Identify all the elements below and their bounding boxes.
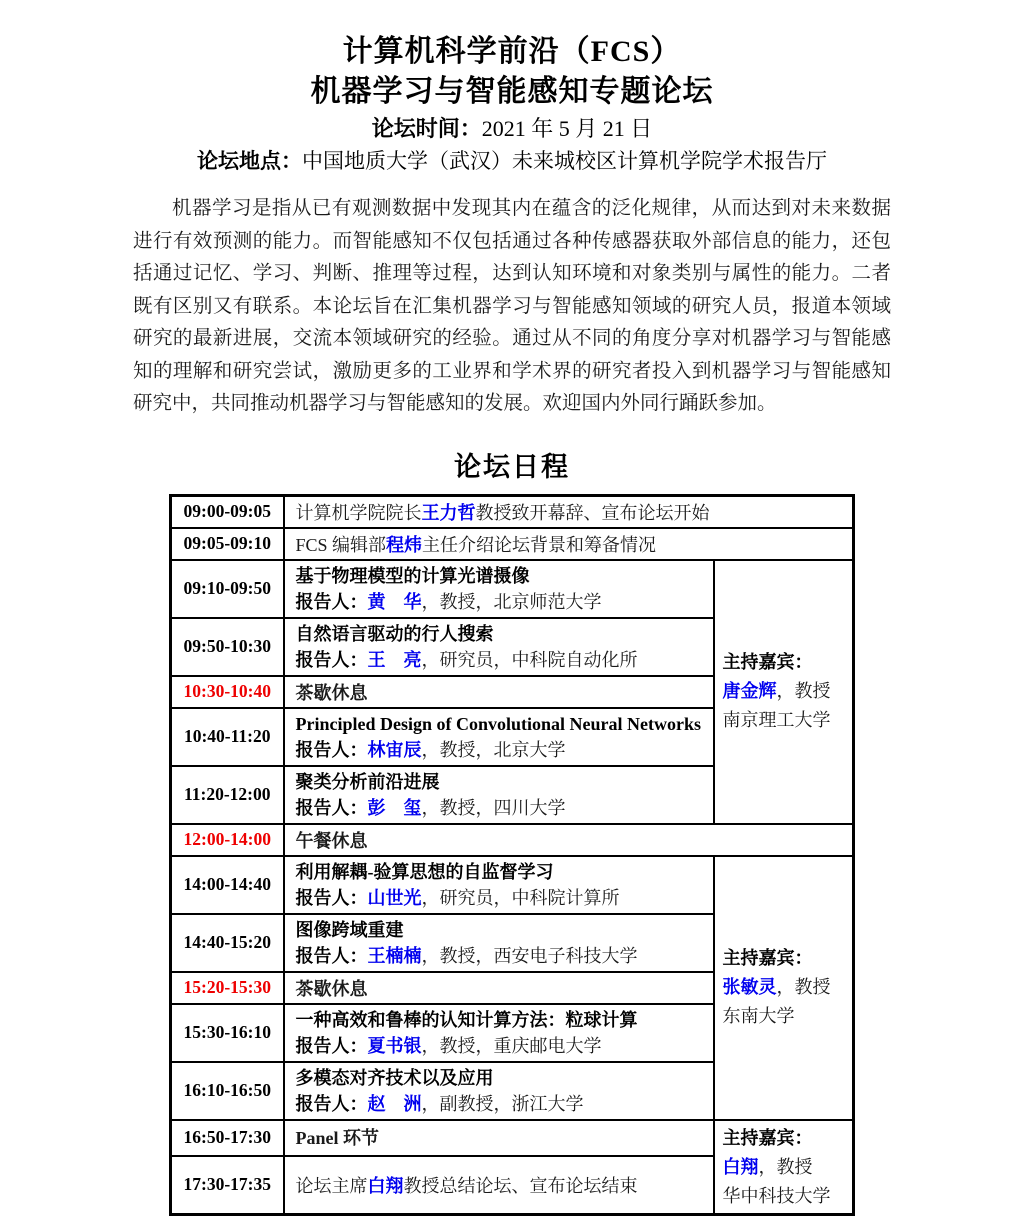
time-cell: 14:40-15:20 [171, 914, 284, 972]
event-cell: 计算机学院院长王力哲教授致开幕辞、宣布论坛开始 [284, 495, 854, 528]
page-title-line1: 计算机科学前沿（FCS） [0, 32, 1024, 72]
event-text-post: 教授致开幕辞、宣布论坛开始 [476, 503, 710, 523]
speaker-detail: ，副教授，浙江大学 [422, 1094, 584, 1114]
lunch-cell: 午餐休息 [284, 824, 854, 856]
time-cell: 09:00-09:05 [171, 495, 284, 528]
host-affiliation: 东南大学 [723, 1002, 845, 1031]
talk-title: 聚类分析前沿进展 [296, 769, 702, 795]
person-name: 王力哲 [422, 503, 476, 523]
schedule-table: 09:00-09:05 计算机学院院长王力哲教授致开幕辞、宣布论坛开始 09:0… [169, 494, 855, 1216]
speaker-name: 林宙辰 [368, 740, 422, 760]
speaker-detail: ，教授，北京师范大学 [422, 592, 602, 612]
event-text-pre: 计算机学院院长 [296, 503, 422, 523]
time-cell: 14:00-14:40 [171, 856, 284, 914]
talk-cell: 图像跨域重建 报告人：王楠楠，教授，西安电子科技大学 [284, 914, 714, 972]
page-title-line2: 机器学习与智能感知专题论坛 [0, 72, 1024, 112]
talk-title: 多模态对齐技术以及应用 [296, 1065, 702, 1091]
speaker-detail: ，教授，北京大学 [422, 740, 566, 760]
document-page: 计算机科学前沿（FCS） 机器学习与智能感知专题论坛 论坛时间：2021 年 5… [0, 0, 1024, 1216]
time-cell: 11:20-12:00 [171, 766, 284, 824]
schedule-row-talk: 14:00-14:40 利用解耦-验算思想的自监督学习 报告人：山世光，研究员，… [171, 856, 854, 914]
talk-title: Principled Design of Convolutional Neura… [296, 711, 702, 737]
speaker-detail: ，研究员，中科院计算所 [422, 888, 620, 908]
speaker-detail: ，教授，四川大学 [422, 798, 566, 818]
speaker-label: 报告人： [296, 740, 368, 760]
speaker-label: 报告人： [296, 1036, 368, 1056]
schedule-row-panel: 16:50-17:30 Panel 环节 主持嘉宾： 白翔，教授 华中科技大学 [171, 1120, 854, 1157]
speaker-detail: ，研究员，中科院自动化所 [422, 650, 638, 670]
host-title: ，教授 [759, 1157, 813, 1177]
speaker-name: 王楠楠 [368, 946, 422, 966]
talk-title: 利用解耦-验算思想的自监督学习 [296, 859, 702, 885]
panel-cell: Panel 环节 [284, 1120, 714, 1157]
host-label: 主持嘉宾： [723, 944, 845, 973]
event-text-pre: FCS 编辑部 [296, 535, 387, 555]
speaker-label: 报告人： [296, 1094, 368, 1114]
time-cell: 17:30-17:35 [171, 1156, 284, 1214]
time-cell: 15:20-15:30 [171, 972, 284, 1004]
speaker-label: 报告人： [296, 592, 368, 612]
speaker-detail: ，教授，重庆邮电大学 [422, 1036, 602, 1056]
talk-title: 一种高效和鲁棒的认知计算方法：粒球计算 [296, 1007, 702, 1033]
speaker-name: 山世光 [368, 888, 422, 908]
speaker-label: 报告人： [296, 888, 368, 908]
event-cell: 论坛主席白翔教授总结论坛、宣布论坛结束 [284, 1156, 714, 1214]
break-cell: 茶歇休息 [284, 972, 714, 1004]
event-text-post: 主任介绍论坛背景和筹备情况 [422, 535, 656, 555]
host-cell-closing: 主持嘉宾： 白翔，教授 华中科技大学 [714, 1120, 854, 1215]
forum-time-label: 论坛时间： [372, 116, 482, 141]
time-cell: 10:40-11:20 [171, 708, 284, 766]
talk-cell: 基于物理模型的计算光谱摄像 报告人：黄 华，教授，北京师范大学 [284, 560, 714, 618]
talk-title: 自然语言驱动的行人搜索 [296, 621, 702, 647]
speaker-name: 夏书银 [368, 1036, 422, 1056]
host-title: ，教授 [777, 977, 831, 997]
speaker-name: 黄 华 [368, 592, 422, 612]
schedule-heading: 论坛日程 [0, 445, 1024, 484]
schedule-row-talk: 09:10-09:50 基于物理模型的计算光谱摄像 报告人：黄 华，教授，北京师… [171, 560, 854, 618]
event-cell: FCS 编辑部程炜主任介绍论坛背景和筹备情况 [284, 528, 854, 560]
break-cell: 茶歇休息 [284, 676, 714, 708]
time-cell: 16:50-17:30 [171, 1120, 284, 1157]
host-title: ，教授 [777, 681, 831, 701]
forum-time-value: 2021 年 5 月 21 日 [482, 116, 653, 141]
time-cell: 16:10-16:50 [171, 1062, 284, 1120]
person-name: 白翔 [368, 1176, 404, 1196]
time-cell: 09:10-09:50 [171, 560, 284, 618]
talk-cell: 一种高效和鲁棒的认知计算方法：粒球计算 报告人：夏书银，教授，重庆邮电大学 [284, 1004, 714, 1062]
intro-paragraph: 机器学习是指从已有观测数据中发现其内在蕴含的泛化规律，从而达到对未来数据进行有效… [133, 193, 891, 421]
time-cell: 15:30-16:10 [171, 1004, 284, 1062]
forum-venue-value: 中国地质大学（武汉）未来城校区计算机学院学术报告厅 [302, 149, 827, 173]
schedule-row-lunch: 12:00-14:00 午餐休息 [171, 824, 854, 856]
host-name: 白翔 [723, 1157, 759, 1177]
event-text-pre: 论坛主席 [296, 1176, 368, 1196]
speaker-detail: ，教授，西安电子科技大学 [422, 946, 638, 966]
forum-time-line: 论坛时间：2021 年 5 月 21 日 [0, 114, 1024, 144]
speaker-name: 彭 玺 [368, 798, 422, 818]
forum-venue-line: 论坛地点：中国地质大学（武汉）未来城校区计算机学院学术报告厅 [0, 146, 1024, 176]
talk-cell: 聚类分析前沿进展 报告人：彭 玺，教授，四川大学 [284, 766, 714, 824]
speaker-label: 报告人： [296, 798, 368, 818]
time-cell: 09:05-09:10 [171, 528, 284, 560]
host-affiliation: 南京理工大学 [723, 706, 845, 735]
talk-cell: 利用解耦-验算思想的自监督学习 报告人：山世光，研究员，中科院计算所 [284, 856, 714, 914]
event-text-post: 教授总结论坛、宣布论坛结束 [404, 1176, 638, 1196]
talk-cell: Principled Design of Convolutional Neura… [284, 708, 714, 766]
host-cell-morning: 主持嘉宾： 唐金辉，教授 南京理工大学 [714, 560, 854, 824]
speaker-name: 王 亮 [368, 650, 422, 670]
time-cell: 12:00-14:00 [171, 824, 284, 856]
speaker-label: 报告人： [296, 946, 368, 966]
talk-cell: 多模态对齐技术以及应用 报告人：赵 洲，副教授，浙江大学 [284, 1062, 714, 1120]
forum-venue-label: 论坛地点： [197, 149, 302, 173]
speaker-label: 报告人： [296, 650, 368, 670]
host-label: 主持嘉宾： [723, 1124, 845, 1153]
schedule-row-background: 09:05-09:10 FCS 编辑部程炜主任介绍论坛背景和筹备情况 [171, 528, 854, 560]
time-cell: 09:50-10:30 [171, 618, 284, 676]
host-name: 张敏灵 [723, 977, 777, 997]
talk-title: 基于物理模型的计算光谱摄像 [296, 563, 702, 589]
host-label: 主持嘉宾： [723, 648, 845, 677]
time-cell: 10:30-10:40 [171, 676, 284, 708]
host-name: 唐金辉 [723, 681, 777, 701]
host-affiliation: 华中科技大学 [723, 1182, 845, 1211]
schedule-row-opening: 09:00-09:05 计算机学院院长王力哲教授致开幕辞、宣布论坛开始 [171, 495, 854, 528]
talk-title: 图像跨域重建 [296, 917, 702, 943]
talk-cell: 自然语言驱动的行人搜索 报告人：王 亮，研究员，中科院自动化所 [284, 618, 714, 676]
host-cell-afternoon: 主持嘉宾： 张敏灵，教授 东南大学 [714, 856, 854, 1120]
person-name: 程炜 [386, 535, 422, 555]
speaker-name: 赵 洲 [368, 1094, 422, 1114]
